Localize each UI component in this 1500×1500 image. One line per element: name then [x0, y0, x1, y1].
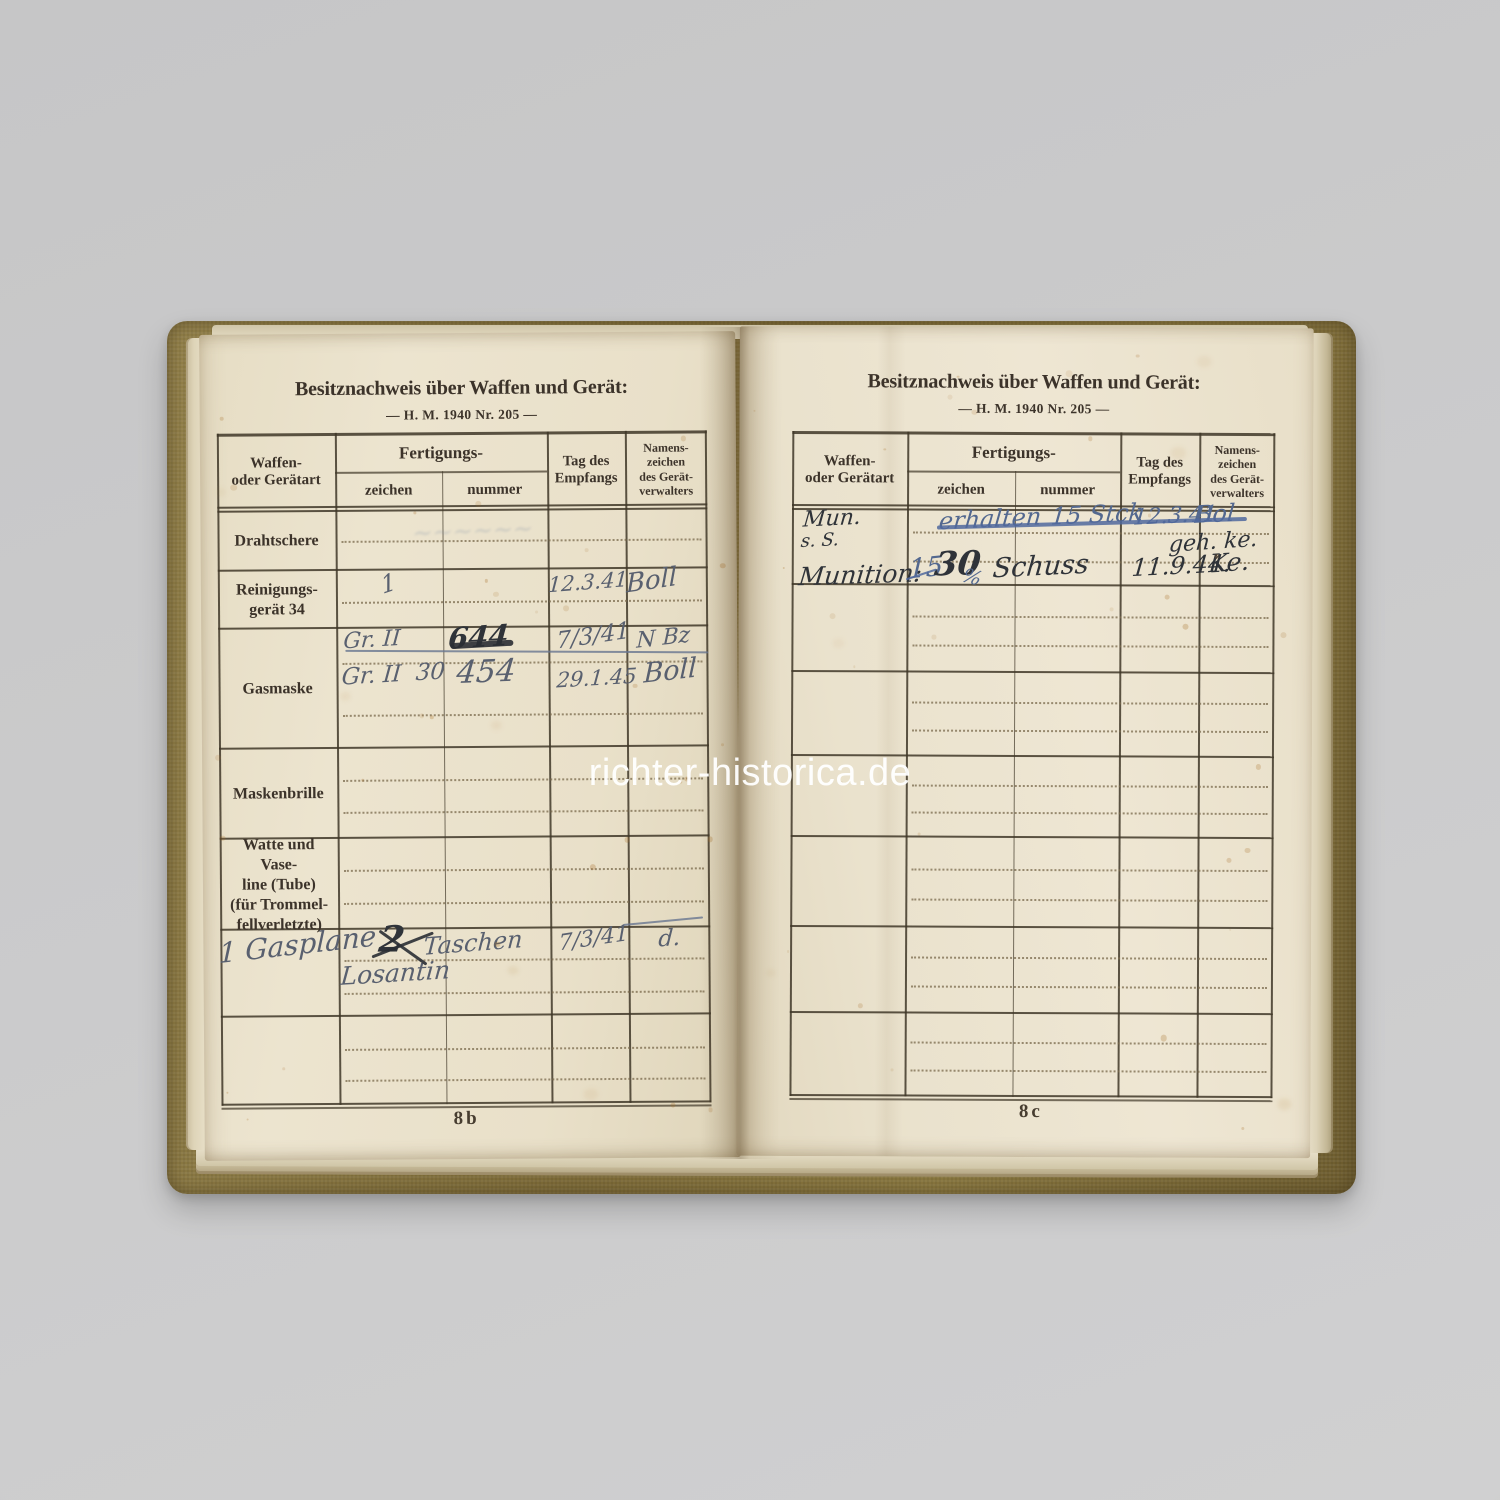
foxing-spot [1136, 354, 1139, 357]
zeichen-nummer-divider [442, 471, 448, 1104]
page-number: 8b [222, 1106, 712, 1131]
foxing-spot [1109, 607, 1113, 611]
foxing-spot [1065, 370, 1072, 377]
foxing-spot [971, 409, 977, 415]
page-8b: Besitznachweis über Waffen und Gerät:— H… [199, 331, 741, 1161]
writing-dotted-line [344, 867, 704, 872]
row-label [791, 672, 906, 757]
foxing-spot [563, 606, 569, 612]
handwritten-entry: d. [658, 927, 681, 952]
foxing-spot [419, 714, 424, 719]
foxing-spot [753, 410, 755, 412]
handwritten-entry: Gr. II 30 [341, 660, 446, 689]
table-rule-vertical [547, 431, 553, 1103]
foxing-spot [720, 563, 726, 569]
foxing-spot [917, 833, 920, 836]
writing-dotted-line [912, 701, 1268, 705]
row-label [789, 1013, 904, 1097]
row-label: Maskenbrille [219, 749, 338, 840]
foxing-spot [707, 837, 712, 842]
paper-stain [507, 965, 518, 974]
foxing-spot [853, 666, 855, 668]
foxing-spot [858, 1004, 863, 1009]
watermark: richter-historica.de [589, 754, 912, 792]
table-rule-vertical [1270, 433, 1275, 1098]
foxing-spot [931, 635, 935, 639]
foxing-spot [1226, 858, 1231, 863]
foxing-spot [1241, 1127, 1244, 1130]
foxing-spot [721, 744, 724, 747]
foxing-spot [215, 754, 221, 760]
column-header-namenszeichen: Namens- zeichen des Gerät- verwalters [1199, 433, 1275, 510]
handwritten-entry: Losantin [340, 957, 451, 989]
column-header-fertigungs: Fertigungs- [335, 433, 547, 471]
writing-dotted-line [343, 809, 703, 814]
foxing-spot [246, 1118, 248, 1120]
foxing-spot [1229, 929, 1231, 931]
writing-dotted-line [342, 600, 702, 605]
writing-dotted-line [913, 615, 1269, 619]
page-8c: Besitznachweis über Waffen und Gerät:— H… [736, 326, 1314, 1158]
foxing-spot [1215, 554, 1220, 559]
handwritten-entry: N Bz [636, 625, 690, 653]
row-label: Watte und Vase- line (Tube) (für Trommel… [220, 839, 339, 931]
paper-stain [1197, 356, 1212, 368]
writing-dotted-line [343, 713, 703, 718]
column-header-namenszeichen: Namens- zeichen des Gerät- verwalters [625, 430, 708, 508]
paper-stain [340, 692, 351, 701]
foxing-spot [413, 512, 416, 515]
handwritten-entry: Boll [643, 654, 697, 687]
column-header-nummer: nummer [442, 470, 547, 509]
writing-dotted-line [912, 645, 1268, 649]
handwritten-entry: Ke. [1208, 548, 1251, 576]
paper-stain [1171, 447, 1187, 460]
foxing-spot [708, 1108, 713, 1113]
writing-dotted-line [911, 957, 1267, 961]
paper-stain [216, 488, 227, 497]
handwritten-entry: 454 [455, 656, 517, 690]
column-header-tag-des-empfangs: Tag des Empfangs [547, 431, 626, 509]
foxing-spot [660, 494, 663, 497]
row-label [790, 927, 905, 1014]
writing-dotted-line [911, 1042, 1267, 1046]
column-header-zeichen: zeichen [335, 471, 442, 510]
soldbuch-open-book: Besitznachweis über Waffen und Gerät:— H… [0, 0, 1500, 1500]
writing-dotted-line [911, 986, 1267, 990]
writing-dotted-line [911, 868, 1267, 872]
handwritten-entry: ∼∼∼∼∼∼ [411, 516, 534, 545]
writing-dotted-line [345, 990, 705, 995]
foxing-spot [783, 567, 785, 569]
row-label: Drahtschere [217, 510, 335, 572]
writing-dotted-line [912, 784, 1268, 788]
foxing-spot [1088, 436, 1093, 441]
column-header-zeichen: zeichen [907, 470, 1015, 508]
photo-stage: Besitznachweis über Waffen und Gerät:— H… [0, 0, 1500, 1500]
handwritten-entry: s. S. [800, 531, 840, 551]
writing-dotted-line [912, 812, 1268, 816]
column-header-geraetart: Waffen- oder Gerätart [792, 431, 907, 509]
row-label: Gasmaske [218, 629, 337, 750]
row-label: Reinigungs- gerät 34 [218, 571, 336, 630]
foxing-spot [231, 485, 237, 491]
foxing-spot [476, 501, 482, 507]
foxing-spot [891, 1068, 894, 1071]
handwritten-entry: Taschen [423, 927, 524, 959]
page-subtitle: — H. M. 1940 Nr. 205 — [217, 405, 707, 424]
handwritten-entry: Bol [1194, 501, 1236, 527]
column-header-geraetart: Waffen- oder Gerätart [217, 433, 336, 511]
handwritten-entry: Boll [626, 564, 677, 598]
writing-dotted-line [911, 1070, 1267, 1074]
handwritten-entry: 29.1.45 [556, 666, 638, 692]
foxing-spot [535, 611, 538, 614]
handwritten-entry: 644 [447, 621, 510, 654]
page-title: Besitznachweis über Waffen und Gerät: [793, 370, 1276, 395]
paper-stain [1278, 1098, 1292, 1109]
page-title: Besitznachweis über Waffen und Gerät: [216, 375, 706, 401]
writing-dotted-line [912, 730, 1268, 734]
writing-dotted-line [344, 900, 704, 905]
foxing-spot [948, 394, 953, 399]
row-label [791, 585, 906, 673]
foxing-spot [1161, 1035, 1167, 1041]
page-subtitle: — H. M. 1940 Nr. 205 — [792, 400, 1275, 418]
paper-stain [766, 969, 776, 977]
writing-dotted-line [345, 1046, 705, 1051]
paper-stain [491, 721, 502, 730]
foxing-spot [1245, 848, 1251, 854]
foxing-spot [1256, 764, 1262, 770]
foxing-spot [625, 837, 630, 842]
handwritten-entry: Munition: [797, 560, 923, 589]
foxing-spot [282, 1068, 285, 1071]
foxing-spot [681, 436, 686, 441]
handwritten-entry: Mun. [802, 507, 862, 532]
page-number: 8c [789, 1100, 1272, 1124]
writing-dotted-line [911, 899, 1267, 903]
row-label [221, 1017, 340, 1106]
handwritten-entry: Schuss [992, 551, 1090, 583]
writing-dotted-line [345, 1078, 705, 1083]
paper-stain [584, 1088, 599, 1100]
foxing-spot [361, 779, 364, 782]
foxing-spot [220, 836, 225, 841]
row-label [790, 837, 905, 928]
foxing-spot [1281, 632, 1287, 638]
foxing-spot [485, 579, 488, 582]
